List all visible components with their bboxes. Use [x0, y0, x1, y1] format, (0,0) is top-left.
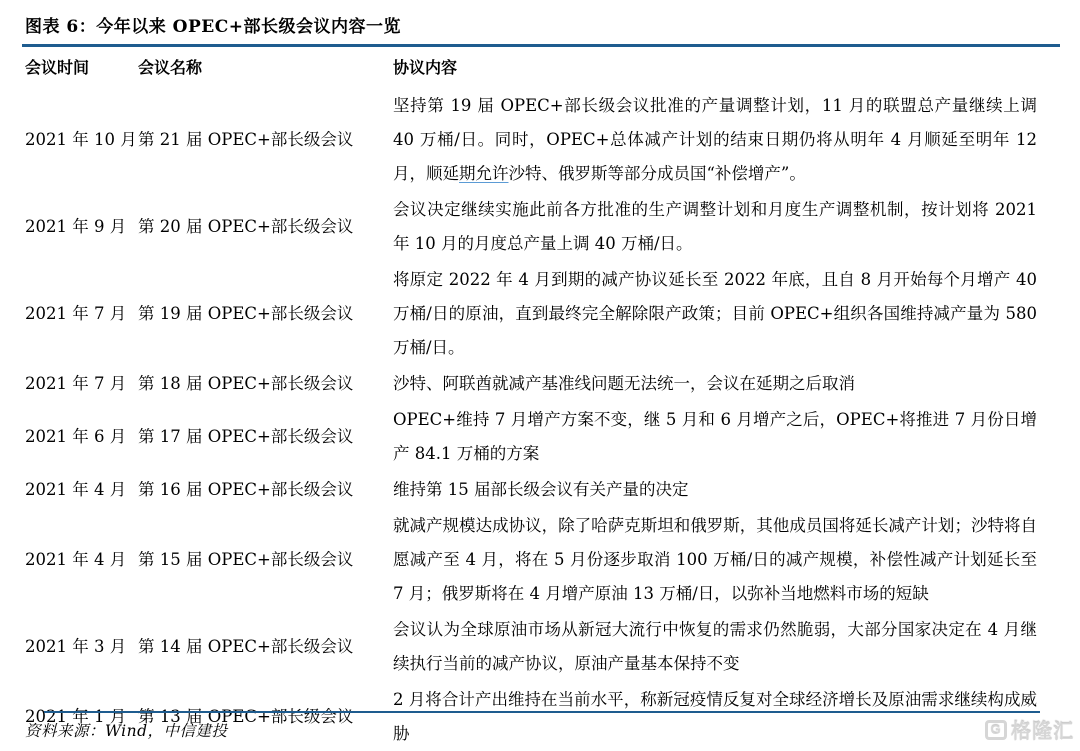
table-row: 2021 年 7 月第 19 届 OPEC+部长级会议将原定 2022 年 4 … — [25, 262, 1037, 366]
bottom-rule — [44, 711, 1040, 713]
gelonghui-g-icon: G — [985, 720, 1007, 740]
underlined-text: 期允许 — [459, 164, 509, 183]
meeting-time: 2021 年 4 月 — [25, 508, 138, 612]
gelonghui-logo-text: 格隆汇 — [1011, 715, 1074, 744]
meeting-name: 第 17 届 OPEC+部长级会议 — [138, 402, 393, 472]
agreement-content: OPEC+维持 7 月增产方案不变，继 5 月和 6 月增产之后，OPEC+将推… — [393, 402, 1037, 472]
meeting-time: 2021 年 9 月 — [25, 192, 138, 262]
agreement-content: 就减产规模达成协议，除了哈萨克斯坦和俄罗斯，其他成员国将延长减产计划；沙特将自愿… — [393, 508, 1037, 612]
table-header-row: 会议时间 会议名称 协议内容 — [25, 53, 1037, 88]
opec-meetings-table: 会议时间 会议名称 协议内容 2021 年 10 月第 21 届 OPEC+部长… — [25, 53, 1037, 751]
table-row: 2021 年 7 月第 18 届 OPEC+部长级会议沙特、阿联酋就减产基准线问… — [25, 366, 1037, 402]
meeting-time: 2021 年 3 月 — [25, 612, 138, 682]
col-header-agreement-content: 协议内容 — [393, 53, 1037, 88]
meeting-name: 第 14 届 OPEC+部长级会议 — [138, 612, 393, 682]
table-row: 2021 年 9 月第 20 届 OPEC+部长级会议会议决定继续实施此前各方批… — [25, 192, 1037, 262]
agreement-content: 会议决定继续实施此前各方批准的生产调整计划和月度生产调整机制，按计划将 2021… — [393, 192, 1037, 262]
agreement-content: 沙特、阿联酋就减产基准线问题无法统一，会议在延期之后取消 — [393, 366, 1037, 402]
meeting-name: 第 18 届 OPEC+部长级会议 — [138, 366, 393, 402]
gelonghui-watermark: G 格隆汇 — [979, 715, 1074, 744]
table-row: 2021 年 4 月第 15 届 OPEC+部长级会议就减产规模达成协议，除了哈… — [25, 508, 1037, 612]
title-rule — [22, 44, 1060, 47]
table-row: 2021 年 4 月第 16 届 OPEC+部长级会议维持第 15 届部长级会议… — [25, 472, 1037, 508]
col-header-meeting-name: 会议名称 — [138, 53, 393, 88]
figure-footer: 资料来源：Wind，中信建投 G 格隆汇 — [0, 711, 1080, 751]
agreement-content: 坚持第 19 届 OPEC+部长级会议批准的产量调整计划，11 月的联盟总产量继… — [393, 88, 1037, 192]
meeting-time: 2021 年 7 月 — [25, 366, 138, 402]
meeting-name: 第 20 届 OPEC+部长级会议 — [138, 192, 393, 262]
source-note: 资料来源：Wind，中信建投 — [25, 719, 228, 741]
meeting-name: 第 21 届 OPEC+部长级会议 — [138, 88, 393, 192]
table-row: 2021 年 3 月第 14 届 OPEC+部长级会议会议认为全球原油市场从新冠… — [25, 612, 1037, 682]
meeting-name: 第 15 届 OPEC+部长级会议 — [138, 508, 393, 612]
meeting-name: 第 19 届 OPEC+部长级会议 — [138, 262, 393, 366]
agreement-content: 将原定 2022 年 4 月到期的减产协议延长至 2022 年底，且自 8 月开… — [393, 262, 1037, 366]
meeting-time: 2021 年 6 月 — [25, 402, 138, 472]
figure-title: 图表 6：今年以来 OPEC+部长级会议内容一览 — [0, 0, 1080, 44]
table-row: 2021 年 10 月第 21 届 OPEC+部长级会议坚持第 19 届 OPE… — [25, 88, 1037, 192]
meeting-time: 2021 年 4 月 — [25, 472, 138, 508]
agreement-content: 维持第 15 届部长级会议有关产量的决定 — [393, 472, 1037, 508]
table-row: 2021 年 6 月第 17 届 OPEC+部长级会议OPEC+维持 7 月增产… — [25, 402, 1037, 472]
meeting-time: 2021 年 7 月 — [25, 262, 138, 366]
meeting-name: 第 16 届 OPEC+部长级会议 — [138, 472, 393, 508]
agreement-content: 会议认为全球原油市场从新冠大流行中恢复的需求仍然脆弱，大部分国家决定在 4 月继… — [393, 612, 1037, 682]
meeting-time: 2021 年 10 月 — [25, 88, 138, 192]
col-header-meeting-time: 会议时间 — [25, 53, 138, 88]
report-figure-page: 图表 6：今年以来 OPEC+部长级会议内容一览 会议时间 会议名称 协议内容 … — [0, 0, 1080, 751]
